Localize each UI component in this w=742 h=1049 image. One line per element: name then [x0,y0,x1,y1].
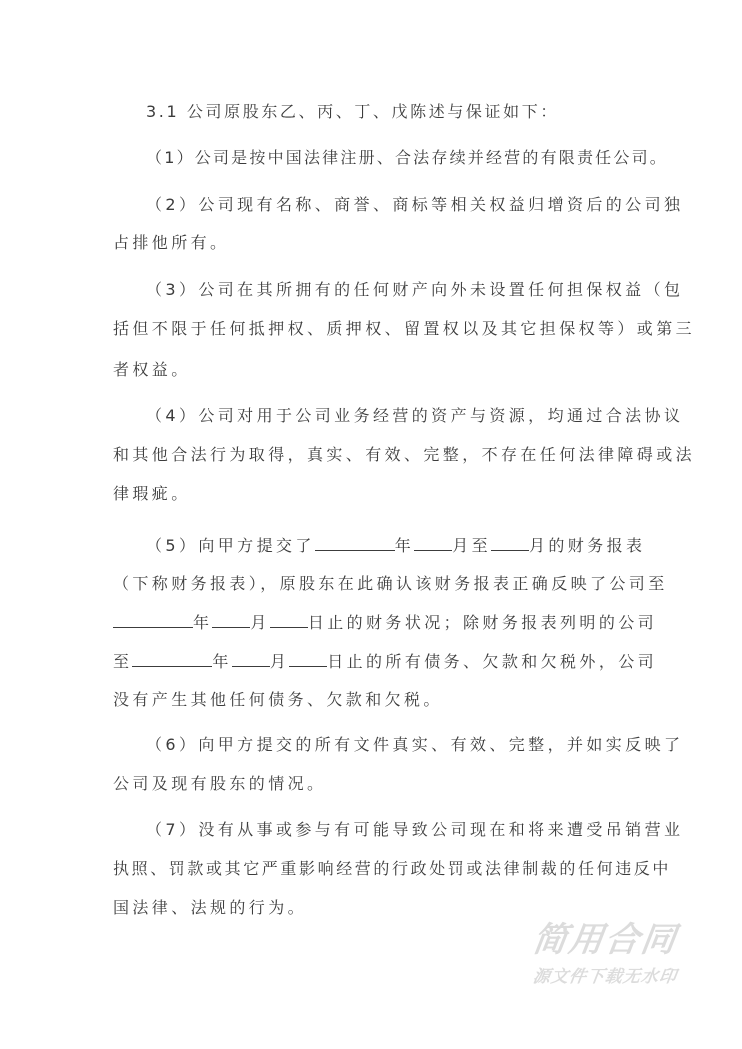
year-blank-field[interactable] [315,535,395,551]
clause-3-line-2: 括但不限于任何抵押权、质押权、留置权以及其它担保权等）或第三 [113,319,633,339]
month-label: 月 [250,613,269,632]
clause-5-text-end: 月的财务报表 [529,536,645,555]
document-page: 3.1 公司原股东乙、丙、丁、戊陈述与保证如下： （1）公司是按中国法律注册、合… [0,0,742,1049]
clause-5-text: （5）向甲方提交了 [146,536,315,555]
clause-5-text: 日止的财务状况；除财务报表列明的公司 [308,613,657,632]
clause-5-text: 日止的所有债务、欠款和欠税外，公司 [327,652,657,671]
clause-4-line-1: （4）公司对用于公司业务经营的资产与资源，均通过合法协议 [146,406,666,426]
debt-day-blank-field[interactable] [289,651,327,667]
clause-5-line-2: （下称财务报表），原股东在此确认该财务报表正确反映了公司至 [113,574,633,594]
status-day-blank-field[interactable] [270,612,308,628]
watermark: 简用合同 源文件下载无水印 [510,920,700,988]
clause-3-line-1: （3）公司在其所拥有的任何财产向外未设置任何担保权益（包 [146,280,666,300]
clause-1-line-1: （1）公司是按中国法律注册、合法存续并经营的有限责任公司。 [146,148,666,168]
status-month-blank-field[interactable] [212,612,250,628]
clause-2-line-2: 占排他所有。 [113,233,633,253]
month-to-label: 月至 [452,536,491,555]
clause-5-line-4: 至年月日止的所有债务、欠款和欠税外，公司 [113,651,633,672]
clause-6-line-1: （6）向甲方提交的所有文件真实、有效、完整，并如实反映了 [146,735,666,755]
clause-4-line-2: 和其他合法行为取得，真实、有效、完整，不存在任何法律障碍或法 [113,445,633,465]
month-to-blank-field[interactable] [491,535,529,551]
year-label: 年 [212,652,231,671]
to-label: 至 [113,652,132,671]
section-heading: 3.1 公司原股东乙、丙、丁、戊陈述与保证如下： [146,102,666,122]
watermark-brand: 简用合同 [507,920,703,960]
status-year-blank-field[interactable] [113,612,193,628]
clause-7-line-2: 执照、罚款或其它严重影响经营的行政处罚或法律制裁的任何违反中 [113,859,633,879]
year-label: 年 [395,536,414,555]
month-from-blank-field[interactable] [414,535,452,551]
clause-6-line-2: 公司及现有股东的情况。 [113,774,633,794]
clause-7-line-3: 国法律、法规的行为。 [113,898,633,918]
clause-5-line-1: （5）向甲方提交了年月至月的财务报表 [146,535,666,556]
month-label: 月 [270,652,289,671]
clause-2-line-1: （2）公司现有名称、商誉、商标等相关权益归增资后的公司独 [146,195,666,215]
clause-5-line-3: 年月日止的财务状况；除财务报表列明的公司 [113,612,633,633]
debt-year-blank-field[interactable] [132,651,212,667]
clause-7-line-1: （7）没有从事或参与有可能导致公司现在和将来遭受吊销营业 [146,820,666,840]
clause-3-line-3: 者权益。 [113,360,633,380]
clause-5-line-5: 没有产生其他任何债务、欠款和欠税。 [113,690,633,710]
clause-4-line-3: 律瑕疵。 [113,484,633,504]
watermark-tagline: 源文件下载无水印 [508,966,701,988]
debt-month-blank-field[interactable] [232,651,270,667]
year-label: 年 [193,613,212,632]
